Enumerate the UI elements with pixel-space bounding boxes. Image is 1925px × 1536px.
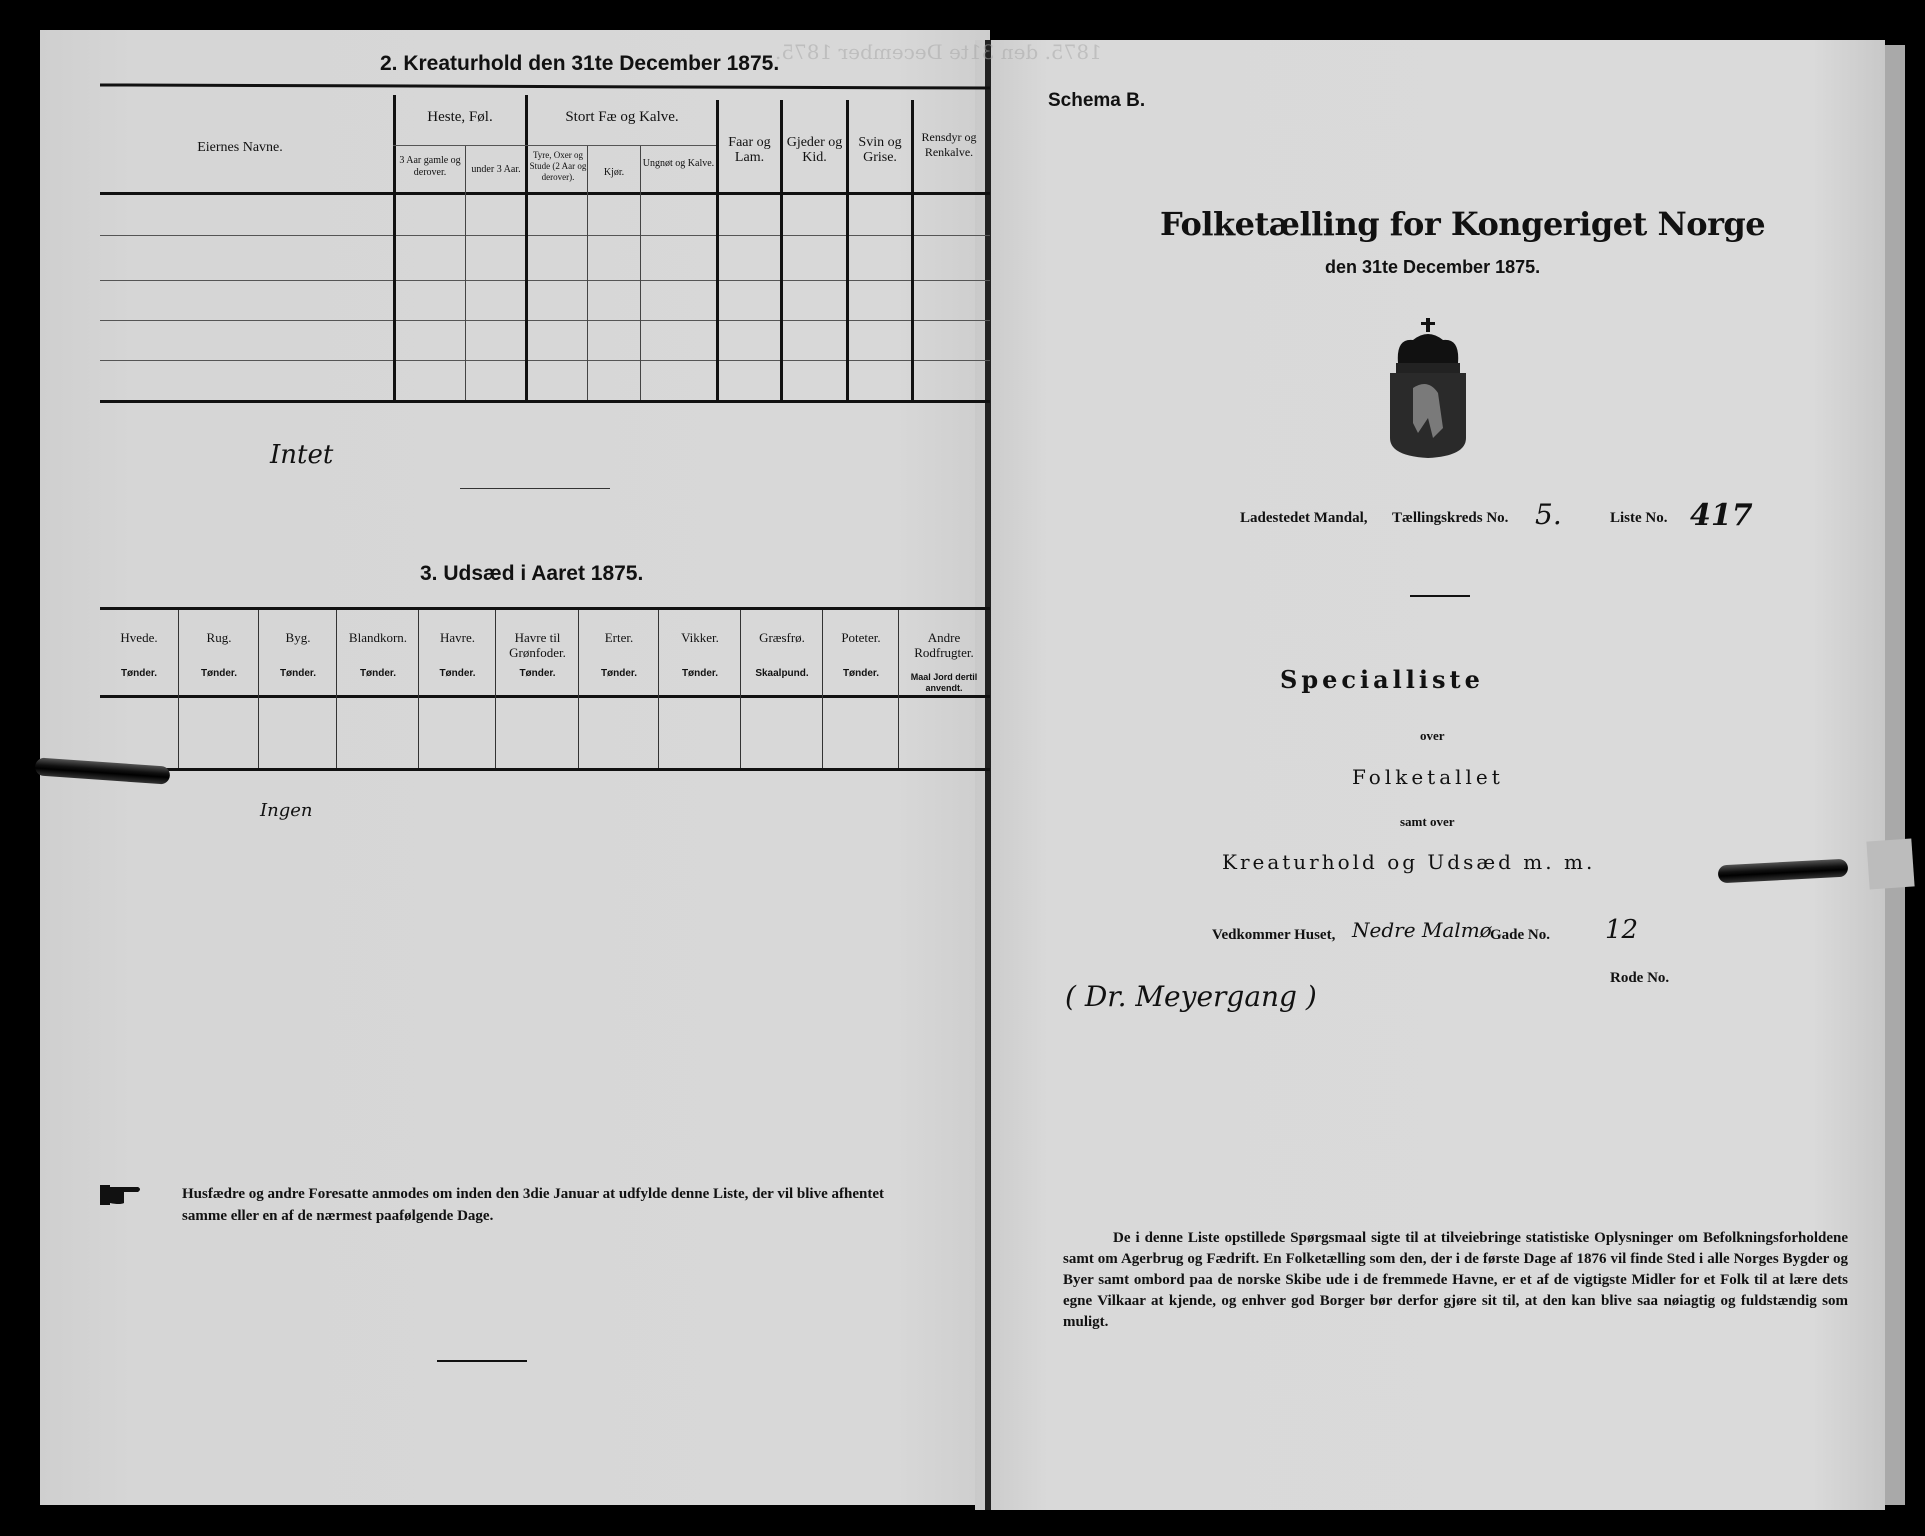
liste-value: 417 bbox=[1690, 498, 1753, 533]
udsaed-column: Havre til Grønfoder.Tønder. bbox=[495, 610, 579, 768]
header-horses-young: under 3 Aar. bbox=[466, 162, 526, 177]
row-line bbox=[100, 360, 990, 361]
row-line bbox=[100, 235, 990, 236]
specialliste-heading: Specialliste bbox=[1280, 665, 1484, 694]
gade-label: Gade No. bbox=[1490, 927, 1550, 944]
coat-of-arms-icon bbox=[1388, 318, 1468, 458]
header-sheep: Faar og Lam. bbox=[719, 135, 780, 165]
vedkommer-label: Vedkommer Huset, bbox=[1212, 927, 1335, 944]
udsaed-column-unit: Tønder. bbox=[661, 668, 739, 679]
census-title: Folketælling for Kongeriget Norge bbox=[1160, 205, 1765, 243]
page-edge bbox=[1885, 45, 1905, 1505]
book-spine bbox=[985, 40, 991, 1510]
table-border bbox=[100, 400, 990, 403]
udsaed-column: Blandkorn.Tønder. bbox=[336, 610, 419, 768]
gade-value: 12 bbox=[1605, 915, 1638, 945]
udsaed-column-unit: Tønder. bbox=[102, 668, 176, 679]
header-horses-old: 3 Aar gamle og derover. bbox=[395, 155, 465, 179]
over-text: over bbox=[1420, 728, 1445, 744]
udsaed-column-name: Hvede. bbox=[102, 630, 176, 645]
header-goats: Gjeder og Kid. bbox=[783, 135, 846, 165]
udsaed-column-unit: Maal Jord dertil anvendt. bbox=[901, 672, 987, 694]
udsaed-column-unit: Tønder. bbox=[825, 668, 897, 679]
table-border bbox=[100, 192, 990, 195]
intro-paragraph: De i denne Liste opstillede Spørgsmaal s… bbox=[1063, 1228, 1848, 1333]
subtitle-text: Kreaturhold og Udsæd m. m. bbox=[1222, 850, 1595, 874]
column-divider bbox=[393, 95, 396, 400]
ladestedet-label: Ladestedet Mandal, bbox=[1240, 510, 1368, 527]
row-line bbox=[100, 320, 990, 321]
section3-title: 3. Udsæd i Aaret 1875. bbox=[420, 562, 643, 586]
column-divider bbox=[587, 145, 588, 400]
section2-title: 2. Kreaturhold den 31te December 1875. bbox=[380, 52, 779, 76]
udsaed-column-name: Havre. bbox=[421, 630, 494, 645]
header-reindeer: Rensdyr og Renkalve. bbox=[914, 130, 984, 160]
udsaed-column: Hvede.Tønder. bbox=[100, 610, 178, 768]
bleed-through-text: 1875. den 31te December 1875. bbox=[775, 45, 1102, 59]
udsaed-column-name: Rug. bbox=[181, 630, 257, 645]
rode-label: Rode No. bbox=[1610, 970, 1669, 987]
census-date: den 31te December 1875. bbox=[1325, 257, 1540, 278]
udsaed-column: Græsfrø.Skaalpund. bbox=[740, 610, 823, 768]
udsaed-column-name: Poteter. bbox=[825, 630, 897, 645]
udsaed-column: Byg.Tønder. bbox=[258, 610, 337, 768]
column-divider bbox=[525, 95, 528, 400]
clip-grip bbox=[1866, 838, 1914, 889]
column-divider bbox=[465, 145, 466, 400]
separator-line bbox=[437, 1360, 527, 1362]
handwritten-intet: Intet bbox=[270, 440, 333, 470]
udsaed-column-name: Græsfrø. bbox=[743, 630, 821, 645]
udsaed-column: Erter.Tønder. bbox=[578, 610, 659, 768]
liste-label: Liste No. bbox=[1610, 510, 1668, 527]
udsaed-column: Havre.Tønder. bbox=[418, 610, 496, 768]
column-divider bbox=[640, 145, 641, 400]
header-cattle-young: Ungnøt og Kalve. bbox=[641, 158, 716, 170]
street-value: Nedre Malmø bbox=[1352, 918, 1492, 942]
udsaed-column-unit: Tønder. bbox=[498, 668, 577, 679]
udsaed-column: Rug.Tønder. bbox=[178, 610, 259, 768]
subheader-line bbox=[393, 145, 716, 146]
udsaed-column-unit: Tønder. bbox=[339, 668, 417, 679]
header-cattle: Stort Fæ og Kalve. bbox=[528, 110, 716, 125]
header-pigs: Svin og Grise. bbox=[849, 135, 911, 165]
udsaed-column-unit: Tønder. bbox=[421, 668, 494, 679]
udsaed-column-name: Erter. bbox=[581, 630, 657, 645]
udsaed-column-unit: Tønder. bbox=[181, 668, 257, 679]
udsaed-column-name: Andre Rodfrugter. bbox=[901, 630, 987, 660]
kreds-value: 5. bbox=[1535, 498, 1562, 531]
udsaed-column: Poteter.Tønder. bbox=[822, 610, 899, 768]
header-cattle-bulls: Tyre, Oxer og Stude (2 Aar og derover). bbox=[528, 150, 588, 183]
schema-label: Schema B. bbox=[1048, 90, 1145, 112]
udsaed-column-unit: Tønder. bbox=[261, 668, 335, 679]
pointing-hand-icon bbox=[100, 1183, 142, 1207]
folketallet-text: Folketallet bbox=[1352, 765, 1504, 789]
separator-line bbox=[1410, 595, 1470, 597]
handwritten-ingen: Ingen bbox=[260, 800, 312, 821]
table-border bbox=[100, 768, 990, 771]
udsaed-column-name: Vikker. bbox=[661, 630, 739, 645]
udsaed-column-unit: Skaalpund. bbox=[743, 668, 821, 679]
udsaed-column-name: Havre til Grønfoder. bbox=[498, 630, 577, 660]
kreds-label: Tællingskreds No. bbox=[1392, 510, 1508, 527]
separator-line bbox=[460, 488, 610, 489]
udsaed-column-name: Blandkorn. bbox=[339, 630, 417, 645]
samt-over-text: samt over bbox=[1400, 814, 1455, 830]
udsaed-column: Andre Rodfrugter.Maal Jord dertil anvend… bbox=[898, 610, 989, 768]
header-owner-names: Eiernes Navne. bbox=[170, 140, 310, 155]
row-line bbox=[100, 280, 990, 281]
address-note: ( Dr. Meyergang ) bbox=[1065, 980, 1317, 1013]
udsaed-column-name: Byg. bbox=[261, 630, 335, 645]
notice-text: Husfædre og andre Foresatte anmodes om i… bbox=[182, 1183, 922, 1227]
udsaed-column-unit: Tønder. bbox=[581, 668, 657, 679]
udsaed-column: Vikker.Tønder. bbox=[658, 610, 741, 768]
header-horses: Heste, Føl. bbox=[395, 110, 525, 125]
header-cattle-cows: Kjør. bbox=[588, 165, 640, 180]
